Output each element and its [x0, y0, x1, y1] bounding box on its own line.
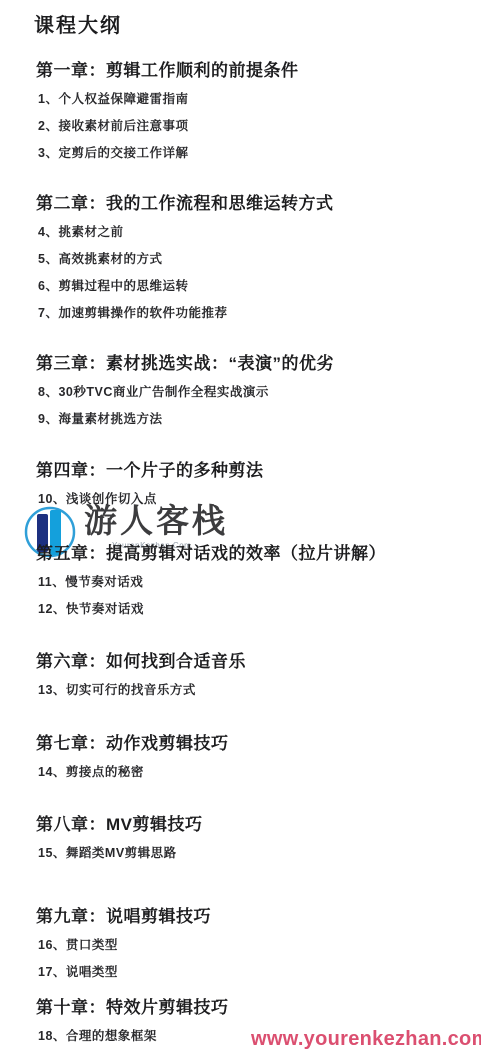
lesson-item-1: 1、个人权益保障避雷指南 [38, 90, 473, 108]
chapter-4-heading: 第四章：一个片子的多种剪法 [36, 460, 473, 482]
lesson-item-6: 6、剪辑过程中的思维运转 [38, 277, 473, 295]
chapter-9-heading: 第九章：说唱剪辑技巧 [36, 906, 473, 928]
chapter-10-heading: 第十章：特效片剪辑技巧 [36, 997, 473, 1019]
chapter-5-heading: 第五章：提高剪辑对话戏的效率（拉片讲解） [36, 543, 473, 565]
chapter-8-section: 第八章：MV剪辑技巧 15、舞蹈类MV剪辑思路 [36, 814, 473, 862]
lesson-item-2: 2、接收素材前后注意事项 [38, 117, 473, 135]
lesson-item-16: 16、贯口类型 [38, 936, 473, 954]
chapter-4-section: 第四章：一个片子的多种剪法 10、浅谈创作切入点 [36, 460, 473, 508]
page-title: 课程大纲 [34, 13, 122, 39]
website-url-text: www.yourenkezhan.com [251, 1028, 481, 1050]
chapter-1-section: 第一章：剪辑工作顺利的前提条件 1、个人权益保障避雷指南 2、接收素材前后注意事… [36, 60, 473, 162]
course-outline-page: 课程大纲 第一章：剪辑工作顺利的前提条件 1、个人权益保障避雷指南 2、接收素材… [0, 0, 481, 1058]
lesson-item-3: 3、定剪后的交接工作详解 [38, 144, 473, 162]
chapter-5-section: 第五章：提高剪辑对话戏的效率（拉片讲解） 11、慢节奏对话戏 12、快节奏对话戏 [36, 543, 473, 618]
chapter-2-heading: 第二章：我的工作流程和思维运转方式 [36, 193, 473, 215]
chapter-3-section: 第三章：素材挑选实战：“表演”的优劣 8、30秒TVC商业广告制作全程实战演示 … [36, 353, 473, 428]
lesson-item-8: 8、30秒TVC商业广告制作全程实战演示 [38, 383, 473, 401]
lesson-item-10: 10、浅谈创作切入点 [38, 490, 473, 508]
lesson-item-11: 11、慢节奏对话戏 [38, 573, 473, 591]
chapter-2-section: 第二章：我的工作流程和思维运转方式 4、挑素材之前 5、高效挑素材的方式 6、剪… [36, 193, 473, 322]
chapter-7-section: 第七章：动作戏剪辑技巧 14、剪接点的秘密 [36, 733, 473, 781]
chapter-8-heading: 第八章：MV剪辑技巧 [36, 814, 473, 836]
lesson-item-15: 15、舞蹈类MV剪辑思路 [38, 844, 473, 862]
lesson-item-5: 5、高效挑素材的方式 [38, 250, 473, 268]
chapter-1-heading: 第一章：剪辑工作顺利的前提条件 [36, 60, 473, 82]
lesson-item-12: 12、快节奏对话戏 [38, 600, 473, 618]
chapter-3-heading: 第三章：素材挑选实战：“表演”的优劣 [36, 353, 473, 375]
lesson-item-7: 7、加速剪辑操作的软件功能推荐 [38, 304, 473, 322]
lesson-item-4: 4、挑素材之前 [38, 223, 473, 241]
lesson-item-14: 14、剪接点的秘密 [38, 763, 473, 781]
chapter-6-heading: 第六章：如何找到合适音乐 [36, 651, 473, 673]
lesson-item-9: 9、海量素材挑选方法 [38, 410, 473, 428]
lesson-item-17: 17、说唱类型 [38, 963, 473, 981]
chapter-9-section: 第九章：说唱剪辑技巧 16、贯口类型 17、说唱类型 [36, 906, 473, 981]
chapter-7-heading: 第七章：动作戏剪辑技巧 [36, 733, 473, 755]
lesson-item-13: 13、切实可行的找音乐方式 [38, 681, 473, 699]
chapter-6-section: 第六章：如何找到合适音乐 13、切实可行的找音乐方式 [36, 651, 473, 699]
